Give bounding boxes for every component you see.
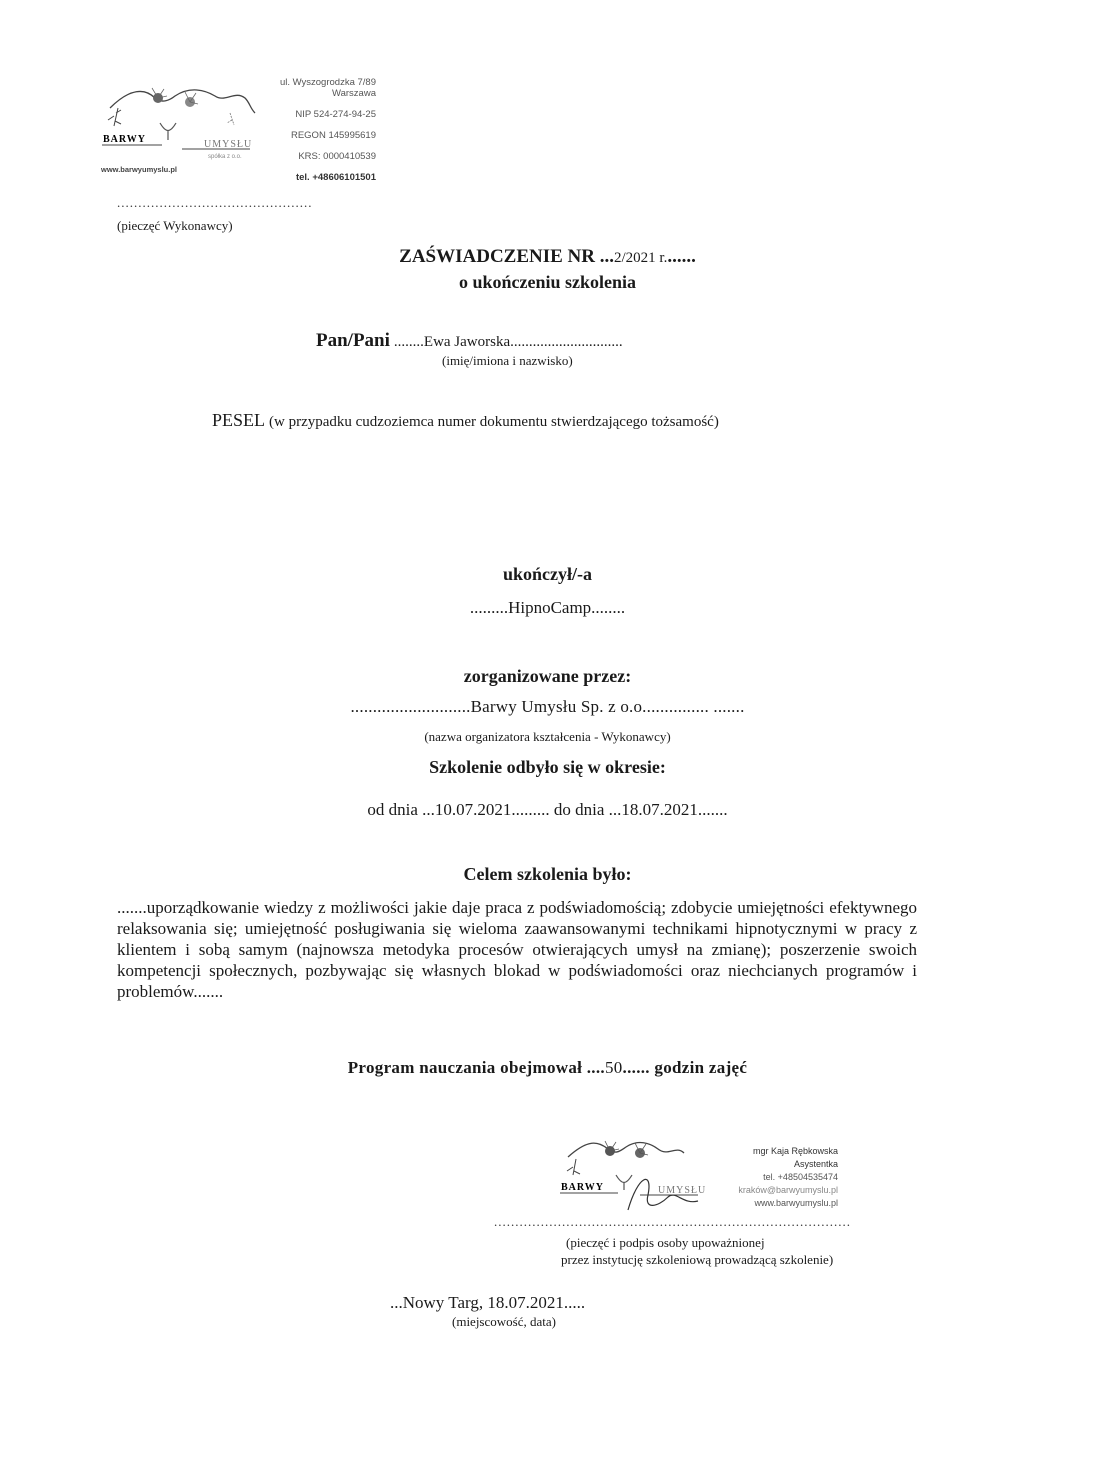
company-details: ul. Wyszogrodzka 7/89 Warszawa NIP 524-2… xyxy=(250,77,376,183)
logo-subtext: spółka z o.o. xyxy=(208,154,242,160)
organizer-label: zorganizowane przez: xyxy=(0,666,1095,687)
dates-end-dots: ....... xyxy=(698,800,728,819)
logo-text-right: UMYSŁU xyxy=(204,139,252,150)
name-suffix-dots: .............................. xyxy=(510,334,623,350)
signatory-name: mgr Kaja Rębkowska xyxy=(680,1145,838,1158)
stamp-dotted-line: ........................................… xyxy=(117,195,313,211)
program-hours-line: Program nauczania obejmował ....50......… xyxy=(0,1058,1095,1078)
signatory-website: www.barwyumyslu.pl xyxy=(680,1197,838,1210)
program-suffix: ...... godzin zajęć xyxy=(623,1058,748,1077)
recipient-label: Pan/Pani xyxy=(316,330,390,351)
title-suffix: ...... xyxy=(667,246,696,267)
period-label: Szkolenie odbyło się w okresie: xyxy=(0,757,1095,778)
neuron-logo-icon: BARWY UMYSŁU spółka z o.o. xyxy=(100,78,260,168)
logo-text-left: BARWY xyxy=(103,134,146,145)
address-line1: ul. Wyszogrodzka 7/89 xyxy=(250,77,376,88)
completed-label: ukończył/-a xyxy=(0,564,1095,585)
course-name: .........HipnoCamp........ xyxy=(0,598,1095,618)
stamp-caption: (pieczęć Wykonawcy) xyxy=(117,218,233,234)
address-line2: Warszawa xyxy=(250,88,376,99)
signatory-email: kraków@barwyumyslu.pl xyxy=(680,1184,838,1197)
name-prefix-dots: ........ xyxy=(394,334,424,350)
period-dates: od dnia ...10.07.2021......... do dnia .… xyxy=(0,800,1095,820)
to-label: ......... do dnia ... xyxy=(511,800,621,819)
recipient-line: Pan/Pani ........Ewa Jaworska...........… xyxy=(316,330,623,352)
nip-number: NIP 524-274-94-25 xyxy=(250,109,376,120)
start-date: 10.07.2021 xyxy=(435,800,512,819)
pesel-line: PESEL (w przypadku cudzoziemca numer dok… xyxy=(212,410,719,431)
place-date-caption: (miejscowość, data) xyxy=(452,1314,556,1330)
organizer-caption: (nazwa organizatora kształcenia - Wykona… xyxy=(0,729,1095,745)
program-prefix: Program nauczania obejmował .... xyxy=(348,1058,605,1077)
title-prefix: ZAŚWIADCZENIE NR ... xyxy=(399,246,614,267)
organizer-name: ...........................Barwy Umysłu … xyxy=(0,697,1095,717)
signatory-phone: tel. +48504535474 xyxy=(680,1171,838,1184)
signature-caption-line2: przez instytucję szkoleniową prowadzącą … xyxy=(561,1252,833,1268)
signatory-details: mgr Kaja Rębkowska Asystentka tel. +4850… xyxy=(680,1145,838,1210)
goal-text: .......uporządkowanie wiedzy z możliwośc… xyxy=(117,897,917,1002)
end-date: 18.07.2021 xyxy=(621,800,698,819)
signatory-role: Asystentka xyxy=(680,1158,838,1171)
certificate-subtitle: o ukończeniu szkolenia xyxy=(0,272,1095,293)
company-phone: tel. +48606101501 xyxy=(250,172,376,183)
place-date: ...Nowy Targ, 18.07.2021..... xyxy=(390,1293,585,1313)
company-website: www.barwyumyslu.pl xyxy=(101,165,177,174)
company-logo: BARWY UMYSŁU spółka z o.o. xyxy=(100,78,260,168)
stamp-logo-text-left: BARWY xyxy=(561,1182,604,1193)
certificate-number: 2/2021 r. xyxy=(614,250,667,266)
recipient-name: Ewa Jaworska xyxy=(424,334,510,350)
goal-label: Celem szkolenia było: xyxy=(0,864,1095,885)
program-hours: 50 xyxy=(605,1058,623,1077)
signature-dotted-line: ........................................… xyxy=(494,1214,850,1230)
recipient-caption: (imię/imiona i nazwisko) xyxy=(442,353,573,369)
krs-number: KRS: 0000410539 xyxy=(250,151,376,162)
certificate-title: ZAŚWIADCZENIE NR ...2/2021 r....... xyxy=(0,246,1095,268)
pesel-label: PESEL xyxy=(212,410,265,430)
from-label: od dnia ... xyxy=(367,800,435,819)
regon-number: REGON 145995619 xyxy=(250,130,376,141)
pesel-note: (w przypadku cudzoziemca numer dokumentu… xyxy=(269,414,719,430)
signature-caption-line1: (pieczęć i podpis osoby upoważnionej xyxy=(566,1235,765,1251)
